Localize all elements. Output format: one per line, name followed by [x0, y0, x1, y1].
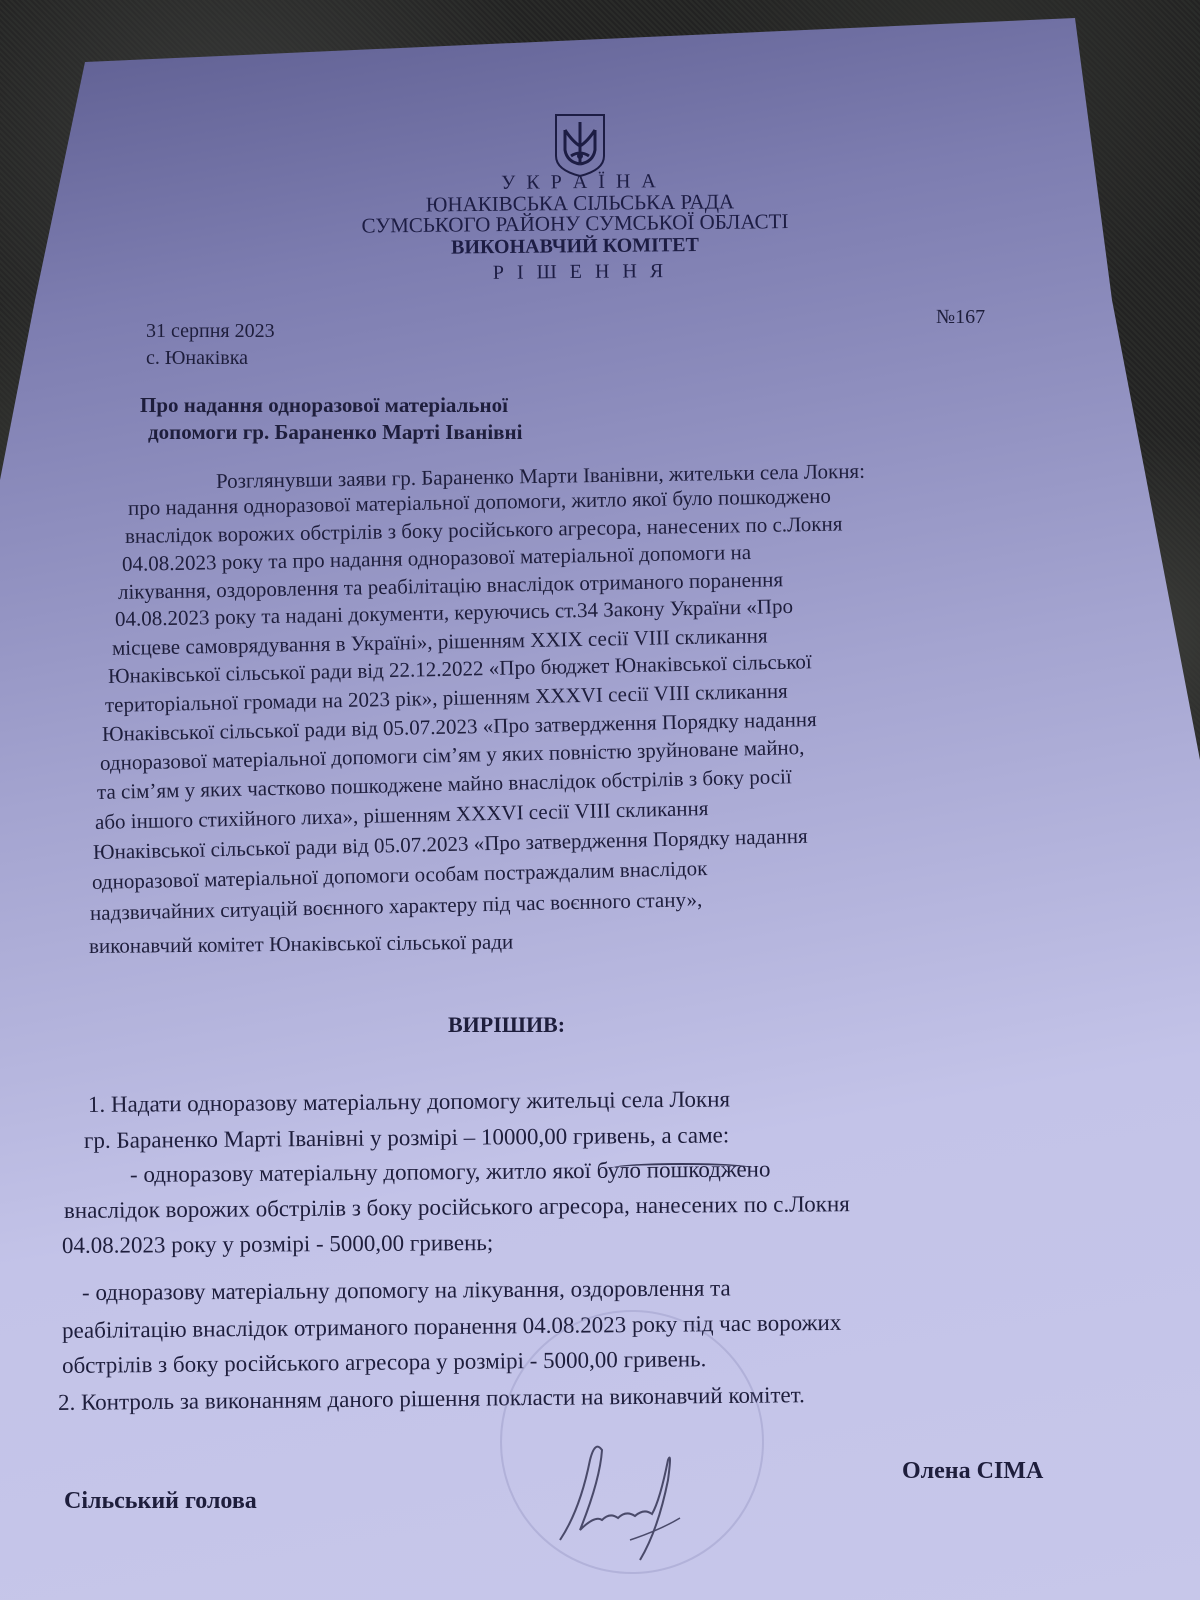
decision-item: 1. Надати одноразову матеріальну допомог… — [88, 1086, 730, 1118]
decision-place: с. Юнаківка — [146, 347, 248, 370]
decision-item: - одноразову матеріальну допомогу на лік… — [82, 1275, 731, 1306]
signature-position: Сільський голова — [64, 1488, 257, 1515]
decision-number: №167 — [936, 306, 985, 329]
decision-title-line2: допомоги гр. Бараненко Марті Іванівні — [148, 420, 522, 445]
decision-title-line1: Про надання одноразової матеріальної — [140, 393, 508, 418]
signature-name: Олена СІМА — [902, 1458, 1043, 1485]
decision-item: реабілітацію внаслідок отриманого поране… — [62, 1310, 842, 1344]
preamble-line: виконавчий комітет Юнаківської сільської… — [89, 930, 513, 959]
handwritten-underline — [612, 1163, 752, 1173]
decision-heading: ВИРІШИВ: — [448, 1012, 565, 1038]
decision-item: гр. Бараненко Марті Іванівні у розмірі –… — [84, 1122, 729, 1154]
decision-item: внаслідок ворожих обстрілів з боку росій… — [64, 1191, 850, 1224]
decision-item: 04.08.2023 року у розмірі - 5000,00 грив… — [62, 1230, 493, 1259]
handwritten-signature — [540, 1420, 720, 1570]
header-doc-type: Р І Ш Е Н Н Я — [480, 260, 680, 285]
trident-coat-of-arms-icon — [553, 112, 607, 178]
document-paper: У К Р А Ї Н А ЮНАКІВСЬКА СІЛЬСЬКА РАДА С… — [0, 0, 1200, 1600]
header-committee: ВИКОНАВЧИЙ КОМІТЕТ — [410, 234, 740, 260]
decision-date: 31 серпня 2023 — [146, 320, 275, 343]
